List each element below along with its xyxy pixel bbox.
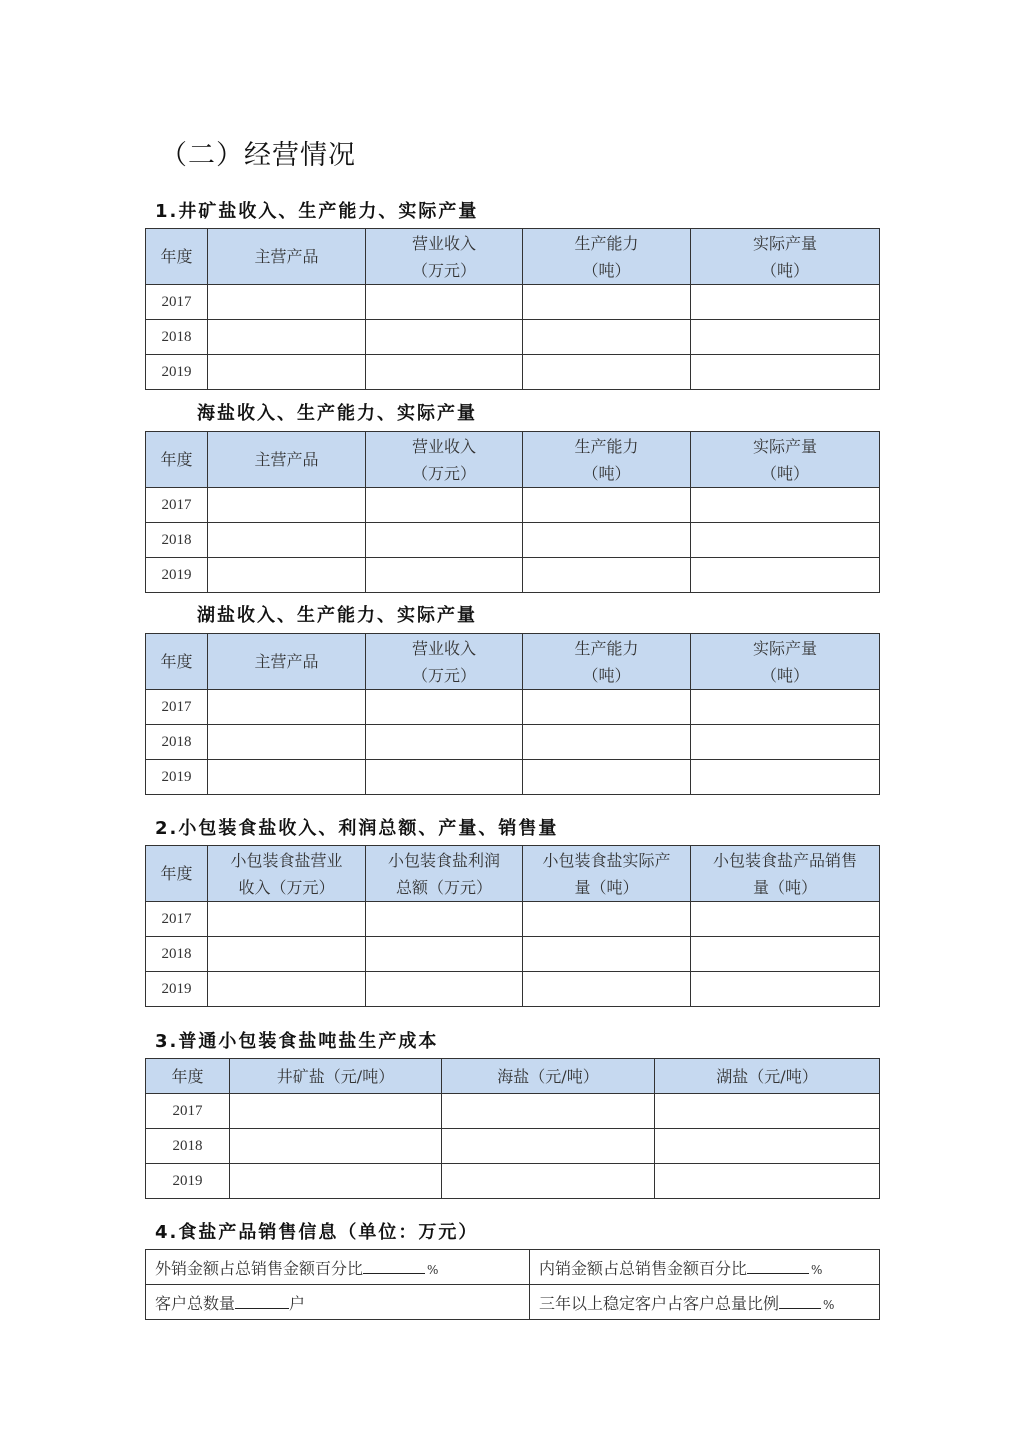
table-row: 2018 — [146, 725, 880, 760]
input-cell[interactable] — [523, 523, 691, 558]
production-cost-table: 年度 井矿盐（元/吨） 海盐（元/吨） 湖盐（元/吨） 2017 2018 20… — [145, 1058, 880, 1199]
input-cell[interactable] — [691, 937, 880, 972]
input-cell[interactable] — [691, 690, 880, 725]
header-small-package-revenue: 小包装食盐营业收入（万元） — [208, 846, 366, 902]
header-sea-salt-cost: 海盐（元/吨） — [442, 1059, 655, 1094]
input-cell[interactable] — [230, 1129, 442, 1164]
year-cell: 2017 — [146, 488, 208, 523]
input-cell[interactable] — [691, 320, 880, 355]
table-row: 2018 — [146, 523, 880, 558]
year-cell: 2018 — [146, 937, 208, 972]
input-cell[interactable] — [523, 760, 691, 795]
table-row: 2017 — [146, 690, 880, 725]
input-cell[interactable] — [691, 355, 880, 390]
input-cell[interactable] — [366, 523, 523, 558]
header-capacity: 生产能力（吨） — [523, 634, 691, 690]
input-cell[interactable] — [523, 355, 691, 390]
header-output: 实际产量（吨） — [691, 229, 880, 285]
header-capacity: 生产能力（吨） — [523, 229, 691, 285]
year-cell: 2018 — [146, 1129, 230, 1164]
customer-count-cell: 客户总数量户 — [146, 1285, 530, 1320]
input-cell[interactable] — [208, 558, 366, 593]
export-ratio-cell: 外销金额占总销售金额百分比% — [146, 1250, 530, 1285]
year-cell: 2017 — [146, 902, 208, 937]
year-cell: 2019 — [146, 1164, 230, 1199]
table-row: 2019 — [146, 355, 880, 390]
input-cell[interactable] — [523, 285, 691, 320]
input-cell[interactable] — [655, 1094, 880, 1129]
year-cell: 2019 — [146, 355, 208, 390]
input-cell[interactable] — [366, 558, 523, 593]
domestic-ratio-unit: % — [811, 1263, 822, 1277]
customer-count-label: 客户总数量 — [155, 1294, 235, 1313]
customer-count-field[interactable] — [235, 1292, 289, 1309]
input-cell[interactable] — [366, 902, 523, 937]
header-main-product: 主营产品 — [208, 634, 366, 690]
table-row: 2018 — [146, 1129, 880, 1164]
export-ratio-label: 外销金额占总销售金额百分比 — [155, 1259, 363, 1278]
input-cell[interactable] — [523, 488, 691, 523]
input-cell[interactable] — [691, 725, 880, 760]
input-cell[interactable] — [523, 690, 691, 725]
well-salt-table: 年度 主营产品 营业收入（万元） 生产能力（吨） 实际产量（吨） 2017 20… — [145, 228, 880, 390]
table-row: 2017 — [146, 1094, 880, 1129]
header-year: 年度 — [146, 432, 208, 488]
year-cell: 2019 — [146, 558, 208, 593]
input-cell[interactable] — [366, 320, 523, 355]
input-cell[interactable] — [208, 320, 366, 355]
input-cell[interactable] — [523, 902, 691, 937]
input-cell[interactable] — [366, 972, 523, 1007]
input-cell[interactable] — [523, 320, 691, 355]
year-cell: 2018 — [146, 725, 208, 760]
header-capacity: 生产能力（吨） — [523, 432, 691, 488]
input-cell[interactable] — [691, 488, 880, 523]
sales-info-table: 外销金额占总销售金额百分比% 内销金额占总销售金额百分比% 客户总数量户 三年以… — [145, 1249, 880, 1320]
section-title-sea-salt: 海盐收入、生产能力、实际产量 — [197, 399, 477, 425]
export-ratio-unit: % — [427, 1263, 438, 1277]
input-cell[interactable] — [523, 558, 691, 593]
input-cell[interactable] — [691, 902, 880, 937]
section-title-small-package: 2.小包装食盐收入、利润总额、产量、销售量 — [155, 814, 558, 840]
header-revenue: 营业收入（万元） — [366, 432, 523, 488]
header-revenue: 营业收入（万元） — [366, 229, 523, 285]
year-cell: 2017 — [146, 690, 208, 725]
input-cell[interactable] — [442, 1129, 655, 1164]
input-cell[interactable] — [230, 1164, 442, 1199]
input-cell[interactable] — [691, 285, 880, 320]
input-cell[interactable] — [208, 760, 366, 795]
section-title-lake-salt: 湖盐收入、生产能力、实际产量 — [197, 601, 477, 627]
header-year: 年度 — [146, 1059, 230, 1094]
stable-customer-ratio-label: 三年以上稳定客户占客户总量比例 — [539, 1294, 779, 1313]
input-cell[interactable] — [208, 523, 366, 558]
header-main-product: 主营产品 — [208, 432, 366, 488]
input-cell[interactable] — [655, 1129, 880, 1164]
input-cell[interactable] — [442, 1094, 655, 1129]
input-cell[interactable] — [208, 902, 366, 937]
small-package-table: 年度 小包装食盐营业收入（万元） 小包装食盐利润总额（万元） 小包装食盐实际产量… — [145, 845, 880, 1007]
table-row: 2019 — [146, 1164, 880, 1199]
header-small-package-sales: 小包装食盐产品销售量（吨） — [691, 846, 880, 902]
header-output: 实际产量（吨） — [691, 432, 880, 488]
input-cell[interactable] — [366, 285, 523, 320]
input-cell[interactable] — [366, 690, 523, 725]
table-row: 2018 — [146, 937, 880, 972]
year-cell: 2017 — [146, 285, 208, 320]
section-title-well-salt: 1.井矿盐收入、生产能力、实际产量 — [155, 197, 478, 223]
input-cell[interactable] — [208, 972, 366, 1007]
input-cell[interactable] — [366, 760, 523, 795]
customer-count-unit: 户 — [289, 1294, 305, 1313]
table-row: 2019 — [146, 972, 880, 1007]
input-cell[interactable] — [208, 488, 366, 523]
input-cell[interactable] — [691, 523, 880, 558]
export-ratio-field[interactable] — [363, 1257, 425, 1274]
input-cell[interactable] — [442, 1164, 655, 1199]
input-cell[interactable] — [366, 725, 523, 760]
input-cell[interactable] — [523, 972, 691, 1007]
input-cell[interactable] — [366, 488, 523, 523]
header-year: 年度 — [146, 229, 208, 285]
header-year: 年度 — [146, 846, 208, 902]
stable-customer-ratio-field[interactable] — [779, 1292, 821, 1309]
lake-salt-table: 年度 主营产品 营业收入（万元） 生产能力（吨） 实际产量（吨） 2017 20… — [145, 633, 880, 795]
input-cell[interactable] — [208, 690, 366, 725]
sea-salt-table: 年度 主营产品 营业收入（万元） 生产能力（吨） 实际产量（吨） 2017 20… — [145, 431, 880, 593]
input-cell[interactable] — [366, 937, 523, 972]
domestic-ratio-cell: 内销金额占总销售金额百分比% — [530, 1250, 880, 1285]
input-cell[interactable] — [208, 937, 366, 972]
header-output: 实际产量（吨） — [691, 634, 880, 690]
section-title-production-cost: 3.普通小包装食盐吨盐生产成本 — [155, 1027, 438, 1053]
table-row: 2019 — [146, 558, 880, 593]
input-cell[interactable] — [366, 355, 523, 390]
input-cell[interactable] — [523, 937, 691, 972]
year-cell: 2019 — [146, 760, 208, 795]
header-lake-salt-cost: 湖盐（元/吨） — [655, 1059, 880, 1094]
table-row: 2019 — [146, 760, 880, 795]
input-cell[interactable] — [208, 725, 366, 760]
input-cell[interactable] — [230, 1094, 442, 1129]
year-cell: 2018 — [146, 523, 208, 558]
header-main-product: 主营产品 — [208, 229, 366, 285]
page-title: （二）经营情况 — [160, 133, 356, 172]
stable-customer-ratio-unit: % — [823, 1298, 834, 1312]
year-cell: 2019 — [146, 972, 208, 1007]
table-row: 2017 — [146, 902, 880, 937]
input-cell[interactable] — [655, 1164, 880, 1199]
table-row: 2017 — [146, 285, 880, 320]
table-row: 2017 — [146, 488, 880, 523]
input-cell[interactable] — [523, 725, 691, 760]
input-cell[interactable] — [691, 760, 880, 795]
year-cell: 2017 — [146, 1094, 230, 1129]
domestic-ratio-label: 内销金额占总销售金额百分比 — [539, 1259, 747, 1278]
header-year: 年度 — [146, 634, 208, 690]
year-cell: 2018 — [146, 320, 208, 355]
header-well-salt-cost: 井矿盐（元/吨） — [230, 1059, 442, 1094]
header-small-package-output: 小包装食盐实际产量（吨） — [523, 846, 691, 902]
stable-customer-ratio-cell: 三年以上稳定客户占客户总量比例% — [530, 1285, 880, 1320]
section-title-sales-info: 4.食盐产品销售信息（单位：万元） — [155, 1218, 478, 1244]
input-cell[interactable] — [208, 355, 366, 390]
table-row: 2018 — [146, 320, 880, 355]
input-cell[interactable] — [691, 972, 880, 1007]
input-cell[interactable] — [691, 558, 880, 593]
header-revenue: 营业收入（万元） — [366, 634, 523, 690]
header-small-package-profit: 小包装食盐利润总额（万元） — [366, 846, 523, 902]
input-cell[interactable] — [208, 285, 366, 320]
domestic-ratio-field[interactable] — [747, 1257, 809, 1274]
